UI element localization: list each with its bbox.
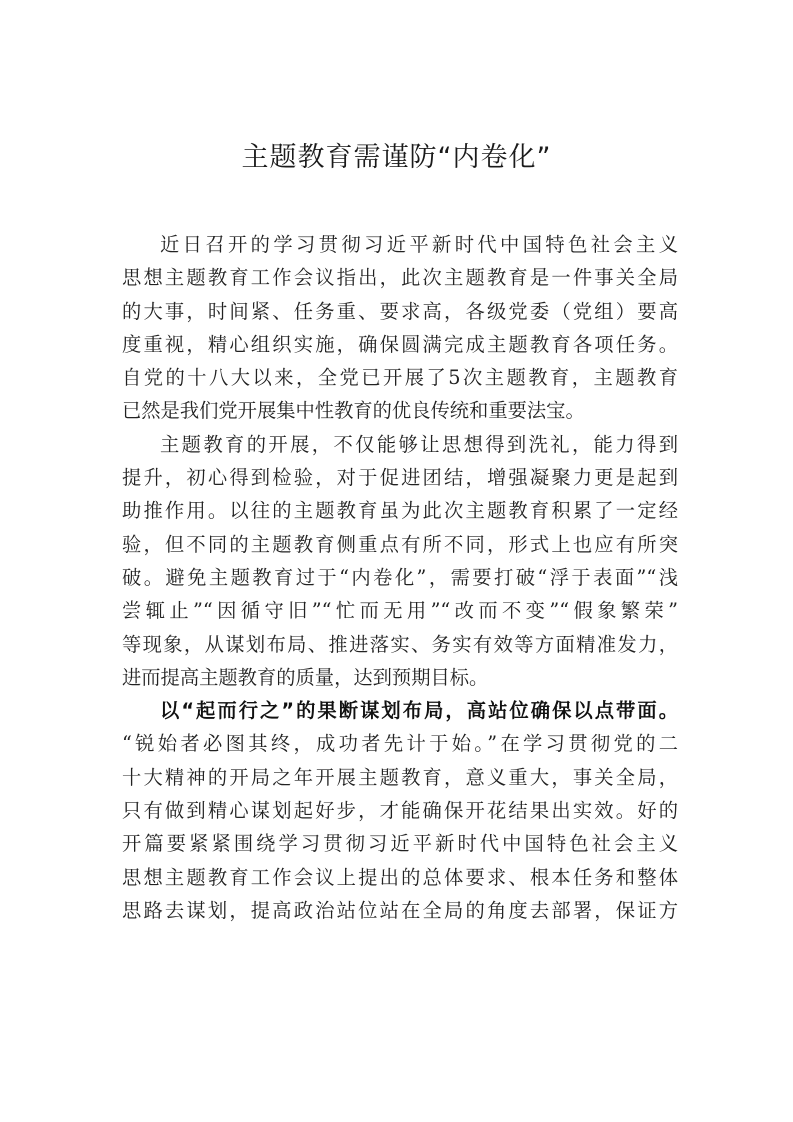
paragraph-1-line-3: 的大事，时间紧、任务重、要求高，各级党委（党组）要高 — [122, 295, 678, 328]
document-body: 近日召开的学习贯彻习近平新时代中国特色社会主义 思想主题教育工作会议指出，此次主… — [122, 228, 678, 927]
paragraph-3-line-6: 思路去谋划，提高政治站位站在全局的角度去部署，保证方 — [122, 894, 678, 927]
section-heading: 以“起而行之”的果断谋划布局，高站位确保以点带面。 — [122, 694, 678, 727]
paragraph-3-line-5: 思想主题教育工作会议上提出的总体要求、根本任务和整体 — [122, 861, 678, 894]
paragraph-3-line-1: “锐始者必图其终，成功者先计于始。”在学习贯彻党的二 — [122, 727, 678, 760]
paragraph-3-line-2: 十大精神的开局之年开展主题教育，意义重大，事关全局， — [122, 761, 678, 794]
paragraph-1-line-1: 近日召开的学习贯彻习近平新时代中国特色社会主义 — [122, 228, 678, 261]
paragraph-1-line-5: 自党的十八大以来，全党已开展了5次主题教育，主题教育 — [122, 361, 678, 394]
paragraph-2-line-2: 提升，初心得到检验，对于促进团结，增强凝聚力更是起到 — [122, 461, 678, 494]
paragraph-2-line-6: 尝辄止”“因循守旧”“忙而无用”“改而不变”“假象繁荣” — [122, 594, 678, 627]
paragraph-3-line-4: 开篇要紧紧围绕学习贯彻习近平新时代中国特色社会主义 — [122, 827, 678, 860]
paragraph-1-line-2: 思想主题教育工作会议指出，此次主题教育是一件事关全局 — [122, 261, 678, 294]
paragraph-2-line-8: 进而提高主题教育的质量，达到预期目标。 — [122, 661, 678, 694]
paragraph-1-line-4: 度重视，精心组织实施，确保圆满完成主题教育各项任务。 — [122, 328, 678, 361]
paragraph-2-line-1: 主题教育的开展，不仅能够让思想得到洗礼，能力得到 — [122, 428, 678, 461]
paragraph-2-line-7: 等现象，从谋划布局、推进落实、务实有效等方面精准发力， — [122, 628, 678, 661]
paragraph-2-line-4: 验，但不同的主题教育侧重点有所不同，形式上也应有所突 — [122, 528, 678, 561]
paragraph-2-line-3: 助推作用。以往的主题教育虽为此次主题教育积累了一定经 — [122, 494, 678, 527]
paragraph-1-line-6: 已然是我们党开展集中性教育的优良传统和重要法宝。 — [122, 394, 678, 427]
document-title: 主题教育需谨防“内卷化” — [0, 138, 793, 178]
paragraph-2-line-5: 破。避免主题教育过于“内卷化”，需要打破“浮于表面”“浅 — [122, 561, 678, 594]
paragraph-3-line-3: 只有做到精心谋划起好步，才能确保开花结果出实效。好的 — [122, 794, 678, 827]
document-page: 主题教育需谨防“内卷化” 近日召开的学习贯彻习近平新时代中国特色社会主义 思想主… — [0, 0, 793, 1122]
